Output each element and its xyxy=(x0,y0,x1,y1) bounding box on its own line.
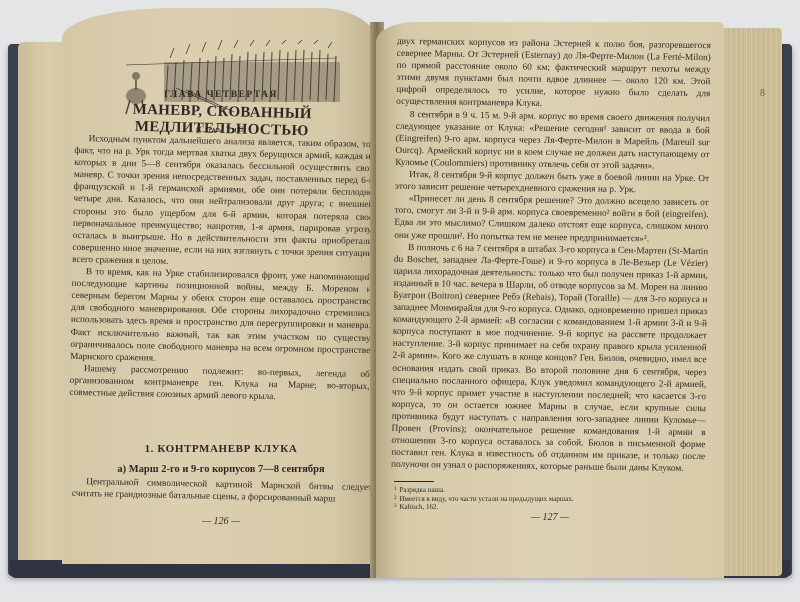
paragraph: «Принесет ли день 8 сентября решение? Эт… xyxy=(394,193,709,246)
footnote: Разрядка наша. xyxy=(394,486,694,495)
paragraph: В полночь с 6 на 7 сентября в штабах 3-г… xyxy=(391,241,708,475)
left-page: ГЛАВА ЧЕТВЕРТАЯ МАНЕВР, СКОВАННЫЙ МЕДЛИТ… xyxy=(62,8,380,564)
paragraph: В то время, как на Урке стабилизировался… xyxy=(70,266,372,369)
paragraph: двух германских корпусов из района Эстер… xyxy=(396,36,711,113)
footnotes: Разрядка наша. Имеется в виду, что части… xyxy=(394,486,694,512)
footnote-divider xyxy=(394,481,434,482)
footnote: Имеется в виду, что части устали на пред… xyxy=(394,495,694,504)
footnote: Kabisch, 162. xyxy=(394,503,694,512)
chapter-label: ГЛАВА ЧЕТВЕРТАЯ xyxy=(62,90,380,100)
paragraph: Центральной символической картиной Марнс… xyxy=(72,476,372,506)
section-title: 1. КОНТРМАНЕВР КЛУКА xyxy=(62,443,380,455)
page-number: — 126 — xyxy=(62,516,380,527)
right-page: двух германских корпусов из района Эстер… xyxy=(376,22,724,578)
right-body-text: двух германских корпусов из района Эстер… xyxy=(391,36,711,476)
page-number: — 127 — xyxy=(376,512,724,523)
left-body-text: Исходным пунктом дальнейшего анализа явл… xyxy=(69,133,375,405)
paragraph: 8 сентября в 9 ч. 15 м. 9-й арм. корпус … xyxy=(395,108,710,173)
paragraph: Нашему рассмотрению подлежит: во-первых,… xyxy=(69,363,370,406)
margin-pencil-mark: 8 xyxy=(760,88,765,99)
chapter-scheme-reference: (Схемы 7 и 8) xyxy=(62,124,380,134)
paragraph: Исходным пунктом дальнейшего анализа явл… xyxy=(72,133,375,272)
left-tail-text: Центральной символической картиной Марнс… xyxy=(72,476,372,506)
subsection-title: а) Марш 2-го и 9-го корпусов 7—8 сентябр… xyxy=(62,464,380,475)
